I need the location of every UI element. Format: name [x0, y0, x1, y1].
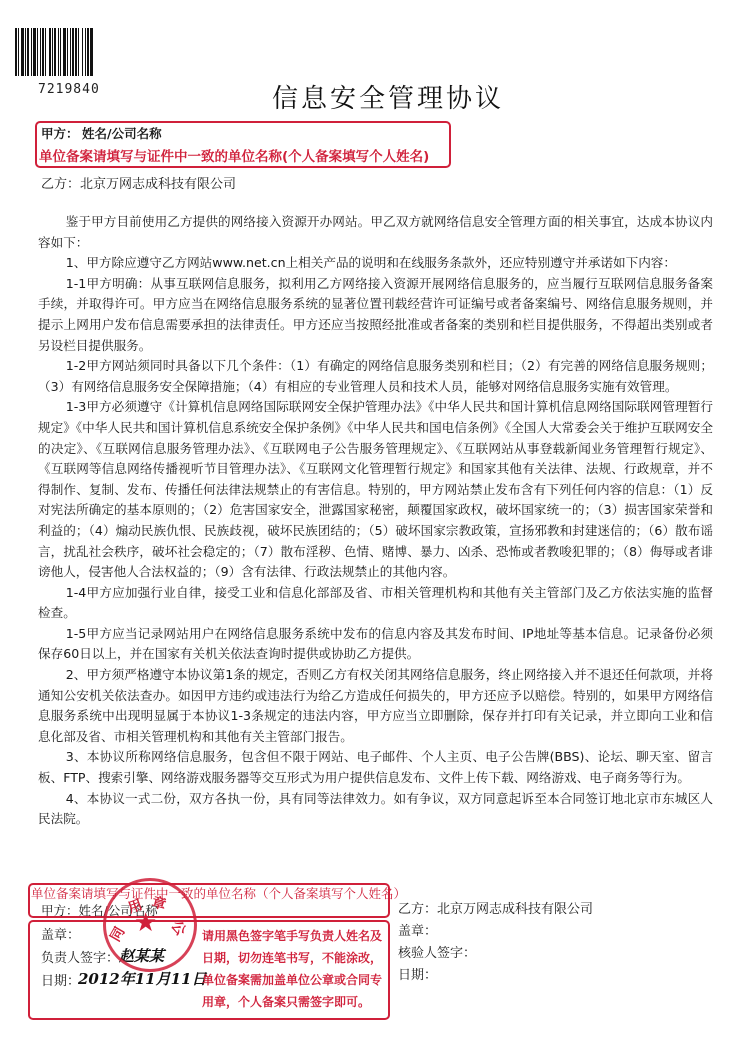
paragraph-1-1: 1-1甲方明确：从事互联网信息服务，拟利用乙方网络接入资源开展网络信息服务的，应…: [38, 274, 713, 356]
party-a-signer-label: 负责人签字：: [41, 947, 119, 966]
paragraph-1-3: 1-3甲方必须遵守《计算机信息网络国际联网安全保护管理办法》《中华人民共和国计算…: [38, 397, 713, 582]
paragraph-1-5: 1-5甲方应当记录网站用户在网络信息服务系统中发布的信息内容及其发布时间、IP地…: [38, 624, 713, 665]
paragraph-1-2: 1-2甲方网站须同时具备以下几个条件：（1）有确定的网络信息服务类别和栏目；（2…: [38, 356, 713, 397]
party-b-seal-label: 盖章：: [398, 921, 593, 943]
signature-instructions: 请用黑色签字笔手写负责人姓名及日期，切勿连笔书写，不能涂改，单位备案需加盖单位公…: [202, 925, 382, 1013]
party-a-seal-label: 盖章：: [41, 924, 80, 943]
party-b-name: 乙方：北京万网志成科技有限公司: [41, 173, 236, 192]
party-b-signature-block: 乙方：北京万网志成科技有限公司 盖章： 核验人签字： 日期：: [398, 899, 593, 987]
party-a-name-field[interactable]: 姓名/公司名称: [82, 124, 162, 142]
signature-hint: 单位备案请填写与证件中一致的单位名称（个人备案填写个人姓名）: [31, 884, 406, 902]
paragraph-1: 1、甲方除应遵守乙方网站www.net.cn上相关产品的说明和在线服务条款外，还…: [38, 253, 713, 274]
paragraph-4: 4、本协议一式二份，双方各执一份，具有同等法律效力。如有争议，双方同意起诉至本合…: [38, 789, 713, 830]
paragraph-2: 2、甲方须严格遵守本协议第1条的规定，否则乙方有权关闭其网络信息服务，终止网络接…: [38, 665, 713, 747]
party-a-date-label: 日期：: [41, 970, 80, 989]
barcode: [15, 28, 127, 76]
party-b-date-label: 日期：: [398, 965, 593, 987]
paragraph-1-4: 1-4甲方应加强行业自律，接受工业和信息化部部及省、市相关管理机构和其他有关主管…: [38, 583, 713, 624]
document-title: 信息安全管理协议: [272, 78, 504, 115]
party-b-verifier-label: 核验人签字：: [398, 943, 593, 965]
party-b-signature-label: 乙方：北京万网志成科技有限公司: [398, 899, 593, 921]
party-a-hint: 单位备案请填写与证件中一致的单位名称(个人备案填写个人姓名): [39, 145, 429, 165]
barcode-number: 7219840: [38, 82, 100, 97]
party-a-label: 甲方：: [41, 124, 79, 142]
agreement-body: 鉴于甲方目前使用乙方提供的网络接入资源开办网站。甲乙双方就网络信息安全管理方面的…: [38, 212, 713, 830]
paragraph-3: 3、本协议所称网络信息服务，包含但不限于网站、电子邮件、个人主页、电子公告牌(B…: [38, 747, 713, 788]
paragraph-intro: 鉴于甲方目前使用乙方提供的网络接入资源开办网站。甲乙双方就网络信息安全管理方面的…: [38, 212, 713, 253]
